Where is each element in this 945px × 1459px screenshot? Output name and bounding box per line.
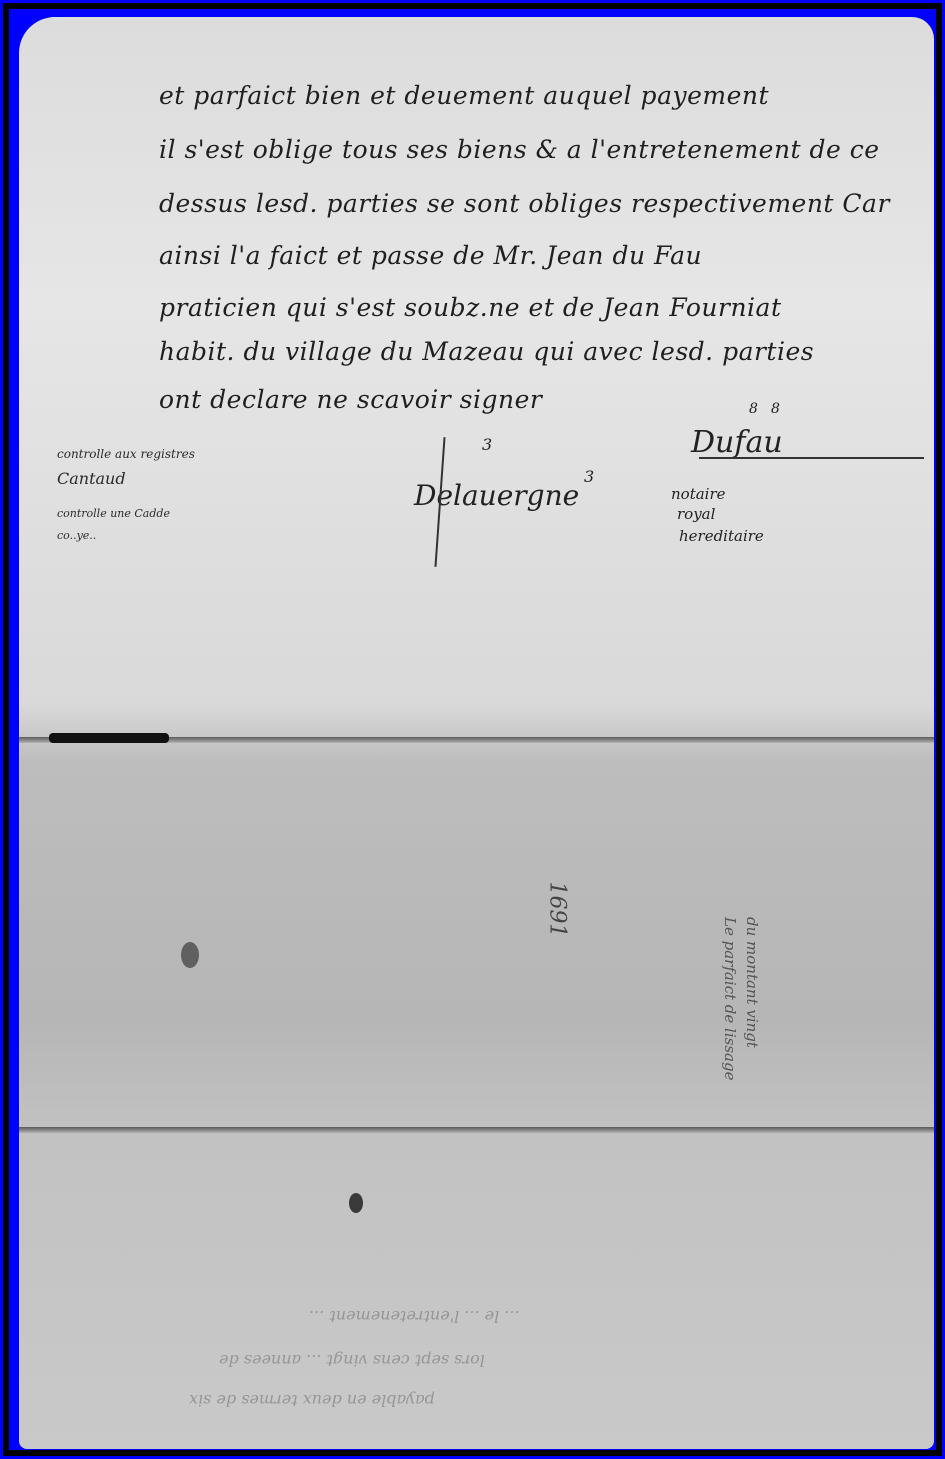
notary-title-2: royal <box>677 505 715 523</box>
verso-number: 1691 <box>545 882 570 938</box>
text-line-3: dessus lesd. parties se sont obliges res… <box>159 189 890 218</box>
margin-note-1: controlle aux registres <box>57 447 195 461</box>
manuscript-page: et parfaict bien et deuement auquel paye… <box>19 17 934 1449</box>
ink-blot-2 <box>349 1193 363 1213</box>
superscript-8b: 8 <box>771 401 780 417</box>
inner-frame: et parfaict bien et deuement auquel paye… <box>9 9 936 1450</box>
margin-note-3: controlle une Cadde <box>57 507 170 520</box>
margin-note-4: co..ye.. <box>57 529 96 542</box>
tear-mark <box>49 733 169 743</box>
signature-dufau: Dufau <box>691 425 783 460</box>
text-line-5: praticien qui s'est soubz.ne et de Jean … <box>159 293 782 322</box>
notary-title-3: hereditaire <box>679 527 764 545</box>
text-line-1: et parfaict bien et deuement auquel paye… <box>159 81 769 110</box>
side-note-1: Le parfaict de lissage <box>721 917 739 1080</box>
superscript-3a: 3 <box>482 435 492 454</box>
signature-underline <box>699 457 924 459</box>
bleed-through-line-2: lors sept cens vingt ... annees de <box>219 1351 485 1370</box>
bleed-through-line-3: payable en deux termes de six <box>189 1391 435 1410</box>
text-line-2: il s'est oblige tous ses biens & a l'ent… <box>159 135 880 164</box>
ink-blot-1 <box>181 942 199 968</box>
margin-note-2: Cantaud <box>57 469 126 488</box>
bleed-through-line-1: ... le ... l'entretenement ... <box>309 1307 520 1326</box>
fold-line-bottom <box>19 1127 934 1133</box>
text-line-4: ainsi l'a faict et passe de Mr. Jean du … <box>159 241 702 270</box>
notary-title-1: notaire <box>671 485 726 503</box>
text-line-6: habit. du village du Mazeau qui avec les… <box>159 337 814 366</box>
superscript-8a: 8 <box>749 401 758 417</box>
side-note-2: du montant vingt <box>743 917 761 1048</box>
text-line-7: ont declare ne scavoir signer <box>159 385 542 414</box>
outer-frame: et parfaict bien et deuement auquel paye… <box>3 3 942 1456</box>
superscript-3b: 3 <box>584 467 594 486</box>
